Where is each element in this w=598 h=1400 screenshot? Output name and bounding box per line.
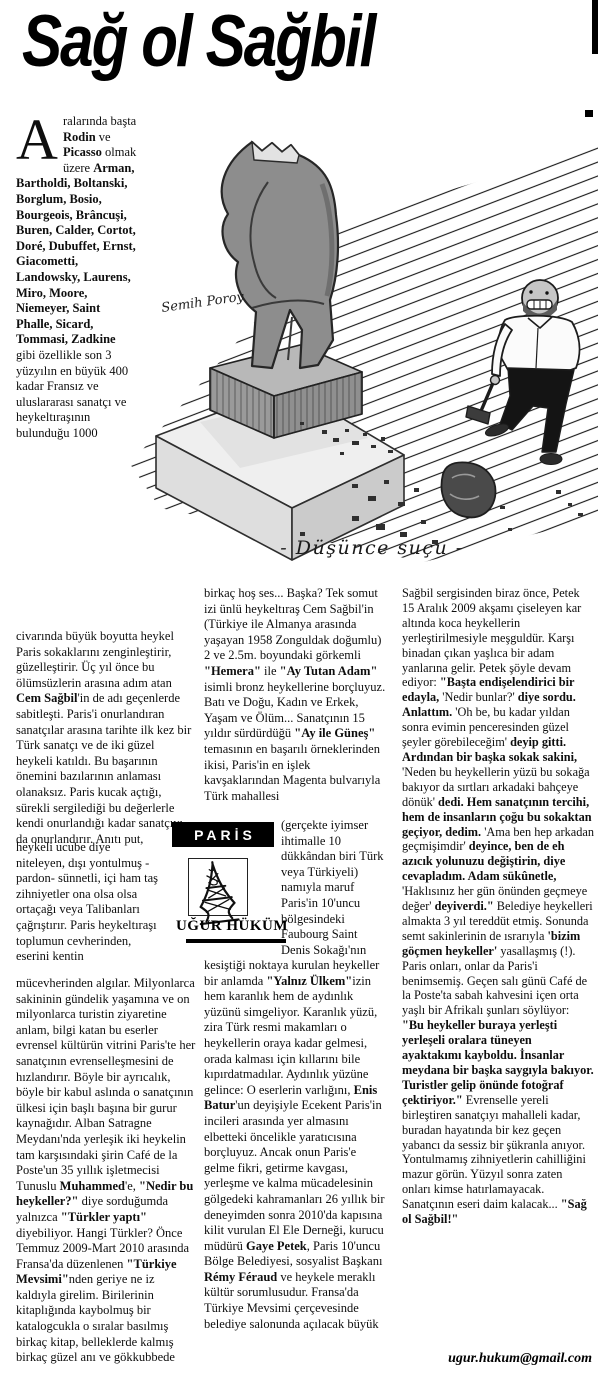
article-col3: Sağbil sergisinden biraz önce, Petek 15 …: [402, 586, 594, 1227]
drop-cap: A: [16, 116, 60, 164]
article-col2-bottom: kesiştiği noktaya kurulan heykeller bir …: [204, 958, 388, 1332]
thinker-statue: [222, 142, 338, 368]
author-underline: [186, 939, 286, 943]
article-col2-top: birkaç hoş ses... Başka? Tek somut izi ü…: [204, 586, 386, 804]
location-label: PARİS: [190, 827, 256, 843]
article-col1-top: Aralarında başta Rodin ve Picasso olmak …: [16, 114, 138, 441]
page-title: Sağ ol Sağbil: [22, 0, 565, 84]
scan-artifact: [592, 0, 598, 54]
cartoon-caption: - Düşünce suçu -: [280, 537, 463, 559]
article-col2-side: (gerçekte iyimser ihtimalle 10 dükkândan…: [281, 818, 387, 958]
severed-head: [442, 462, 496, 517]
author-email: ugur.hukum@gmail.com: [392, 1351, 592, 1367]
author-name: UĞUR HÜKÜM: [156, 918, 308, 935]
eiffel-image-frame: [188, 858, 248, 916]
newspaper-page: Sağ ol Sağbil: [0, 0, 598, 1400]
article-col1-mid: civarında büyük boyutta heykel Paris sok…: [16, 629, 194, 847]
article-col1-bottom: mücevherinden algılar. Milyonlarca sakin…: [16, 976, 196, 1366]
article-col1-narrow: heykeli ucube diye niteleyen, dışı yontu…: [16, 840, 162, 965]
location-badge: PARİS: [172, 822, 274, 847]
artist-signature: Semih Poroy: [160, 289, 245, 315]
